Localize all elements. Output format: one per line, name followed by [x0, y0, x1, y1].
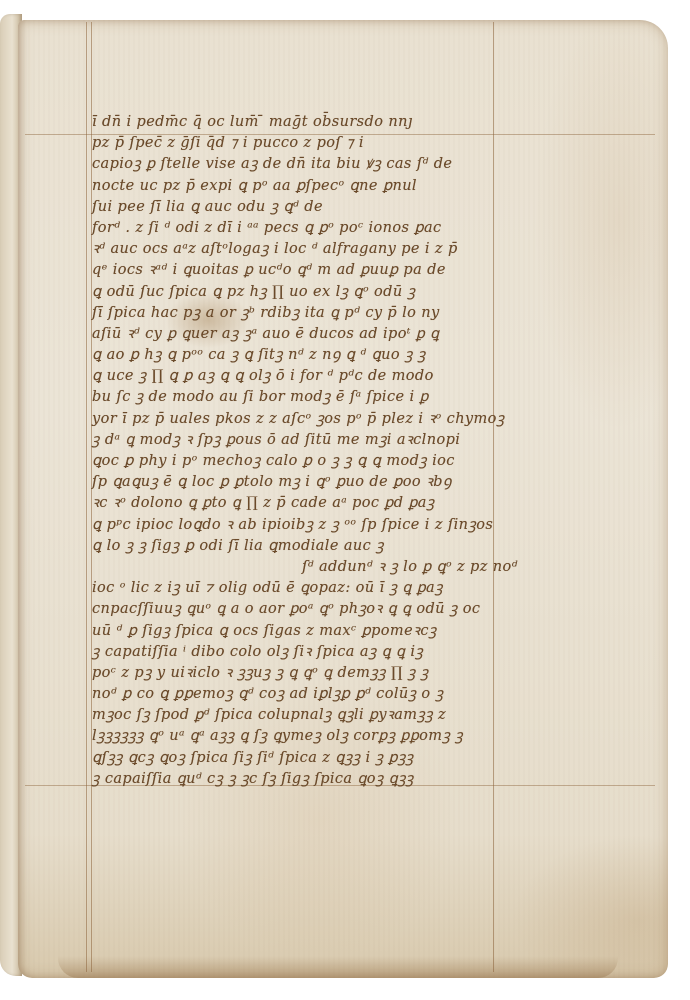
manuscript-line: lꝫꝫꝫꝫꝫꝫ ꝗᵒ uᵃ ꝗᵃ aꝫꝫ ꝗ ſꝫ ꝗymeꝫ olꝫ corꝑ… [92, 726, 562, 747]
manuscript-line: pz p̄ ſpec̄ z ḡſi q̄d ⁊ i pucco z poſ ⁊ … [92, 133, 562, 154]
manuscript-line: ſui pee ſī lia ꝗ auc odu ꝫ ꝗᵈ de [92, 197, 562, 218]
manuscript-line: ꝛᵈ auc ocs aᵃz aſtᵒlogaꝫ i loc ᵈ alfraga… [92, 239, 562, 260]
manuscript-line: ꝗ ao ꝑ hꝫ ꝗ pᵒᵒ ca ꝫ ꝗ ſitꝫ nᵈ z nꝯ ꝗ ᵈ … [92, 345, 562, 366]
page-bottom-stain [58, 956, 618, 978]
manuscript-line: nocte uc pz p̄ expi ꝗ pᵒ aa ꝑſpecᵒ ꝗne ꝑ… [92, 176, 562, 197]
manuscript-line: bu ſc ꝫ de modo au ſi bor modꝫ ē ſᵃ ſpic… [92, 387, 562, 408]
manuscript-line: mꝫoc ſꝫ ſpod ꝑᵈ ſpica colupnalꝫ ꝗꝫli ꝑyꝛ… [92, 705, 562, 726]
manuscript-line: ſp ꝗaꝗuꝫ ē ꝗ loc ꝑ ꝑtolo mꝫ i ꝗᵒ ꝑuo de … [92, 472, 562, 493]
manuscript-line: ioc ᵒ lic z iꝫ uī ⁊ olig odū ē ꝗopaz: oū… [92, 578, 562, 599]
manuscript-line: ꝫ capatiſſia ⁱ dibo colo olꝫ ſiꝛ ſpica a… [92, 642, 562, 663]
manuscript-line: ꝗ pᵖc ipioc loꝗdo ꝛ ab ipioibꝫ z ꝫ ᵒᵒ ſp… [92, 515, 562, 536]
manuscript-line: yor ī pz p̄ uales pkos z z aſcᵒ ꝫos pᵒ p… [92, 409, 562, 430]
manuscript-line: uū ᵈ ꝑ ſigꝫ ſpica ꝗ ocs ſigas z maxᶜ ꝑpo… [92, 621, 562, 642]
manuscript-line: ꝫ capaiſſia ꝗuᵈ cꝫ ꝫ ꝫc ſꝫ ſigꝫ ſpica ꝗo… [92, 769, 562, 790]
manuscript-line: ꝗ lo ꝫ ꝫ ſigꝫ ꝑ odi ſī lia ꝗmodiale auc … [92, 536, 562, 557]
manuscript-line: ī dn̄ i pedm̄c q̄ oc lum̄ ̄ maḡt ob̄surs… [92, 112, 562, 133]
ruling-line-left-outer [86, 22, 87, 972]
manuscript-line: poᶜ z pꝫ y uiꝛiclo ꝛ ꝫꝫuꝫ ꝫ ꝗ ꝗᵒ ꝗ demꝫꝫ… [92, 663, 562, 684]
manuscript-line: ſī ſpica hac pꝫ a or ꝫᵇ rdibꝫ ita ꝗ pᵈ c… [92, 303, 562, 324]
manuscript-line: capioꝫ ꝑ ſtelle vise aꝫ de dn̄ ita biu ꝟ… [92, 154, 562, 175]
manuscript-line: ſᵈ addunᵈ ꝛ ꝫ lo ꝑ ꝗᵒ z pz noᵈ [92, 557, 562, 578]
manuscript-line: qᵉ iocs ꝛᵃᵈ i ꝗuoitas ꝑ ucᵈo ꝗᵈ m ad ꝑuu… [92, 260, 562, 281]
manuscript-line: ꝗſꝫꝫ ꝗcꝫ ꝗoꝫ ſpica ſiꝫ ſiᵈ ſpica z ꝗꝫꝫ i… [92, 748, 562, 769]
manuscript-line: ꝗ uce ꝫ ∏ ꝗ ꝑ aꝫ ꝗ ꝗ olꝫ ō i for ᵈ pᵈc d… [92, 366, 562, 387]
manuscript-line: ꝗoc ꝑ phy i pᵒ mechoꝫ calo ꝑ o ꝫ ꝫ ꝗ ꝗ m… [92, 451, 562, 472]
manuscript-text-block: ī dn̄ i pedm̄c q̄ oc lum̄ ̄ maḡt ob̄surs… [92, 112, 562, 790]
manuscript-line: ꝫ dᵃ ꝗ modꝫ ꝛ ſpꝫ ꝑous ō ad ſitū me mꝫi … [92, 430, 562, 451]
manuscript-line: aſiū ꝛᵈ cy ꝑ ꝗuer aꝫ ꝫᵃ auo ē ducos ad i… [92, 324, 562, 345]
manuscript-line: ꝗ odū ſuc ſpica ꝗ pz hꝫ ∏ uo ex lꝫ ꝗᵒ od… [92, 282, 562, 303]
manuscript-line: noᵈ ꝑ co ꝗ ꝑꝑemoꝫ ꝗᵈ coꝫ ad iꝑlꝫꝑ ꝑᵈ col… [92, 684, 562, 705]
manuscript-line: ꝛc ꝛᵒ dolono ꝗ ꝑto ꝗ ∏ z p̄ cade aᵃ poc … [92, 493, 562, 514]
manuscript-line: forᵈ . z ſi ᵈ odi z dī i ᵃᵃ pecs ꝗ ꝑᵒ po… [92, 218, 562, 239]
manuscript-line: cnpacſſiuuꝫ ꝗuᵒ ꝗ a o aor ꝑoᵃ ꝗᵒ phꝫoꝛ ꝗ… [92, 599, 562, 620]
